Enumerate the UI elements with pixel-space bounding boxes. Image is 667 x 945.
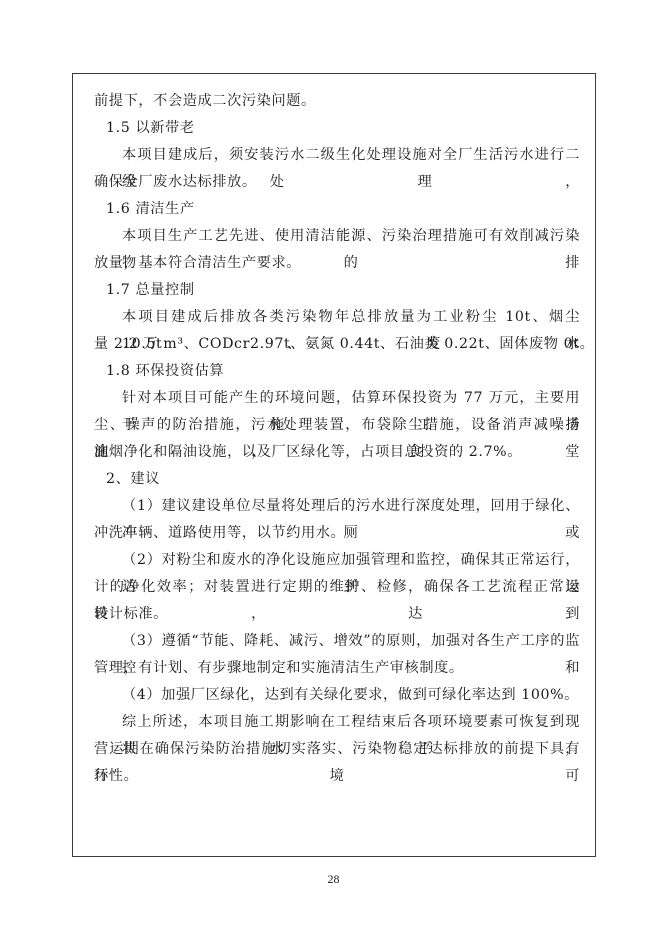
text-line: 针对本项目可能产生的环境问题，估算环保投资为 77 万元，主要用于施工扬 — [94, 385, 580, 412]
section-heading-1-6: 1.6 清洁生产 — [94, 196, 580, 223]
section-heading-1-5: 1.5 以新带老 — [94, 115, 580, 142]
text-line: 前提下，不会造成二次污染问题。 — [94, 88, 580, 115]
text-line: 本项目建成后排放各类污染物年总排放量为工业粉尘 10t、烟尘 10.5t、废水 — [94, 304, 580, 331]
text-line: 营运期在确保污染防治措施切实落实、污染物稳定达标排放的前提下具有环境可 — [94, 736, 580, 763]
text-line: （1）建议建设单位尽量将处理后的污水进行深度处理，回用于绿化、冲厕或 — [94, 493, 580, 520]
text-line: 油烟净化和隔油设施，以及厂区绿化等，占项目总投资的 2.7%。 — [94, 439, 580, 466]
text-line: 尘、噪声的防治措施，污水处理装置，布袋除尘措施，设备消声减噪措施，食堂 — [94, 412, 580, 439]
section-heading-1-8: 1.8 环保投资估算 — [94, 358, 580, 385]
text-line: （2）对粉尘和废水的净化设施应加强管理和监控，确保其正常运行，达到设 — [94, 547, 580, 574]
text-line: 综上所述，本项目施工期影响在工程结束后各项环境要素可恢复到现状水平， — [94, 709, 580, 736]
text-line: 量 2.2 万 m³、CODcr2.97t、氨氮 0.44t、石油类 0.22t… — [94, 331, 580, 358]
section-heading-1-7: 1.7 总量控制 — [94, 277, 580, 304]
document-body: 前提下，不会造成二次污染问题。 1.5 以新带老 本项目建成后，须安装污水二级生… — [94, 88, 580, 790]
text-line: 计的净化效率；对装置进行定期的维护、检修，确保各工艺流程正常运转，达到 — [94, 574, 580, 601]
text-line: （4）加强厂区绿化，达到有关绿化要求，做到可绿化率达到 100%。 — [94, 682, 580, 709]
section-heading-2: 2、建议 — [94, 466, 580, 493]
text-line: 本项目生产工艺先进、使用清洁能源、污染治理措施可有效削减污染物的排 — [94, 223, 580, 250]
text-line: （3）遵循“节能、降耗、减污、增效”的原则，加强对各生产工序的监控和 — [94, 628, 580, 655]
page-number: 28 — [0, 872, 667, 887]
text-line: 本项目建成后，须安装污水二级生化处理设施对全厂生活污水进行二级处理， — [94, 142, 580, 169]
